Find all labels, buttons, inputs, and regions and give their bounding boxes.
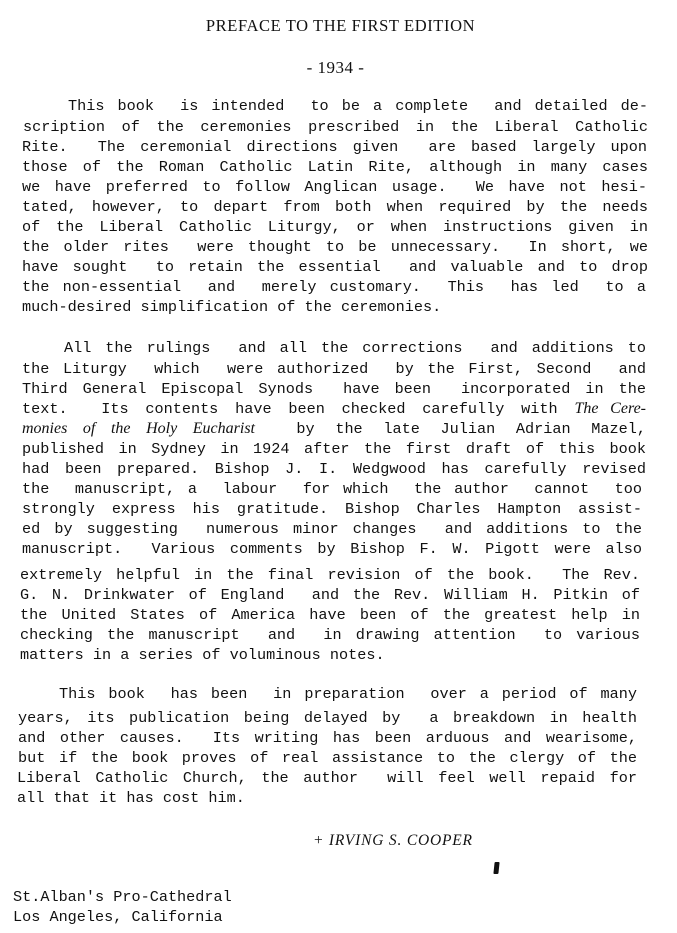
address-line-2: Los Angeles, California [13, 907, 223, 927]
text-line: the manuscript, a labour for which the a… [22, 479, 642, 499]
text-line: published in Sydney in 1924 after the fi… [22, 439, 646, 459]
edition-year: - 1934 - [0, 58, 674, 78]
text-line: manuscript. Various comments by Bishop F… [22, 539, 642, 559]
text-line: the Liturgy which were authorized by the… [22, 359, 646, 379]
text-line: This book is intended to be a complete a… [68, 96, 648, 116]
text-line: years, its publication being delayed by … [18, 708, 637, 728]
text-line: extremely helpful in the final revision … [20, 565, 640, 585]
book-title-italic: The Cere- [574, 400, 646, 417]
text-line: checking the manuscript and in drawing a… [20, 625, 640, 645]
text-line: G. N. Drinkwater of England and the Rev.… [20, 585, 640, 605]
text-line: we have preferred to follow Anglican usa… [22, 177, 647, 197]
text-line: of the Liberal Catholic Liturgy, or when… [22, 217, 648, 237]
page-title: PREFACE TO THE FIRST EDITION [2, 16, 677, 36]
ink-mark [493, 862, 499, 874]
text-line: This book has been in preparation over a… [59, 684, 637, 704]
text-line: Liberal Catholic Church, the author will… [17, 768, 637, 788]
text-line: all that it has cost him. [17, 788, 637, 808]
text-line: matters in a series of voluminous notes. [20, 645, 640, 665]
text-line: strongly express his gratitude. Bishop C… [22, 499, 642, 519]
text-line: monies of the Holy Eucharist by the late… [22, 419, 646, 439]
text-fragment: text. Its contents have been checked car… [22, 400, 574, 418]
text-line: text. Its contents have been checked car… [22, 399, 646, 419]
text-line: the older rites were thought to be unnec… [22, 237, 648, 257]
text-line: Rite. The ceremonial directions given ar… [22, 137, 647, 157]
text-line: scription of the ceremonies prescribed i… [23, 117, 648, 137]
text-line: the United States of America have been o… [20, 605, 640, 625]
text-line: the non-essential and merely customary. … [22, 277, 646, 297]
book-title-italic: monies of the Holy Eucharist [22, 420, 255, 437]
text-line: but if the book proves of real assistanc… [18, 748, 637, 768]
text-line: ed by suggesting numerous minor changes … [22, 519, 642, 539]
text-line: and other causes. Its writing has been a… [18, 728, 637, 748]
text-line: much-desired simplification of the cerem… [22, 297, 648, 317]
text-fragment: by the late Julian Adrian Mazel, [255, 420, 646, 438]
text-line: had been prepared. Bishop J. I. Wedgwood… [22, 459, 646, 479]
author-signature: + IRVING S. COOPER [313, 832, 473, 850]
text-line: tated, however, to depart from both when… [22, 197, 648, 217]
text-line: All the rulings and all the corrections … [64, 338, 646, 358]
text-line: have sought to retain the essential and … [22, 257, 648, 277]
document-page: PREFACE TO THE FIRST EDITION - 1934 - Th… [0, 0, 677, 933]
text-line: those of the Roman Catholic Latin Rite, … [22, 157, 648, 177]
address-line-1: St.Alban's Pro-Cathedral [13, 887, 232, 907]
text-line: Third General Episcopal Synods have been… [22, 379, 646, 399]
